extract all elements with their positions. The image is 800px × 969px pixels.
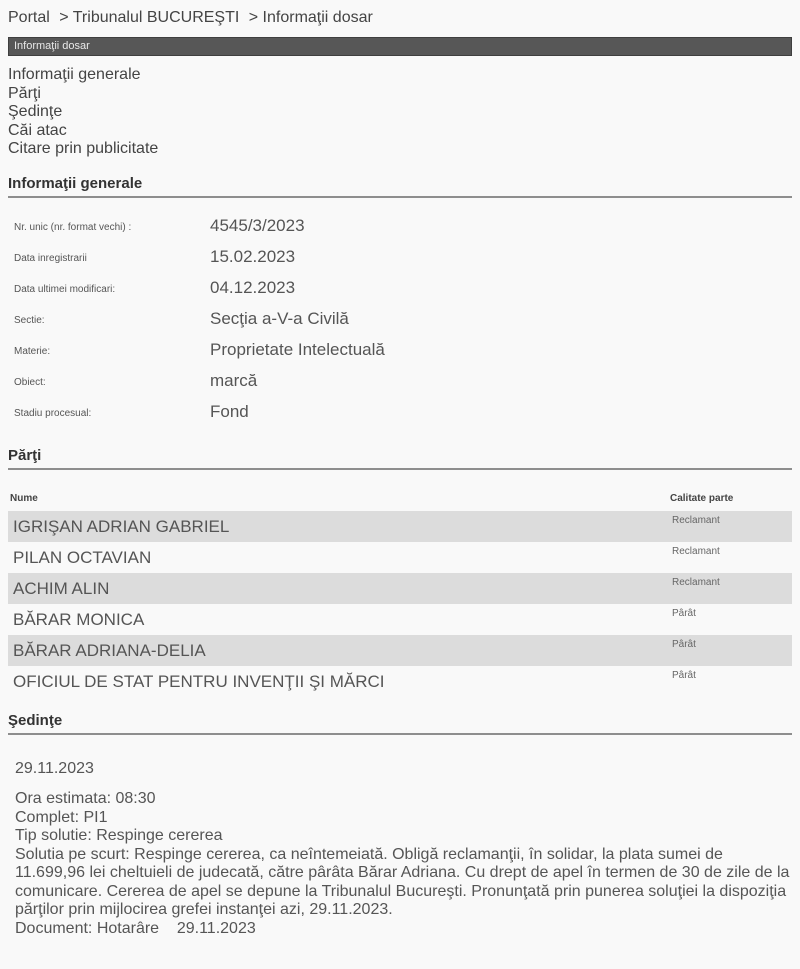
info-value: 4545/3/2023	[210, 216, 305, 236]
session-line[interactable]: Document: Hotarâre 29.11.2023	[15, 920, 795, 939]
toc-link-general[interactable]: Informaţii generale	[8, 66, 158, 85]
party-role: Reclamant	[672, 515, 720, 526]
breadcrumb-portal[interactable]: Portal	[8, 9, 50, 26]
party-name: PILAN OCTAVIAN	[13, 548, 151, 568]
info-label: Nr. unic (nr. format vechi) :	[14, 222, 131, 233]
toc-link-appeals[interactable]: Căi atac	[8, 122, 158, 141]
info-value: Fond	[210, 402, 249, 422]
info-row: Materie:Proprietate Intelectuală	[14, 346, 794, 377]
party-name: BĂRAR ADRIANA-DELIA	[13, 641, 206, 661]
info-row: Stadiu procesual:Fond	[14, 408, 794, 439]
party-role: Reclamant	[672, 577, 720, 588]
session-details: Ora estimata: 08:30Complet: PI1Tip solut…	[15, 790, 795, 938]
breadcrumb: Portal > Tribunalul BUCUREŞTI > Informaţ…	[8, 9, 378, 27]
table-row: ACHIM ALINReclamant	[8, 573, 792, 604]
party-role: Pârât	[672, 608, 696, 619]
party-role: Reclamant	[672, 546, 720, 557]
session-line: Ora estimata: 08:30	[15, 790, 795, 809]
page-title-bar: Informaţii dosar	[8, 37, 792, 56]
section-heading-general: Informaţii generale	[8, 175, 792, 198]
info-label: Data ultimei modificari:	[14, 284, 115, 295]
table-row: BĂRAR MONICAPârât	[8, 604, 792, 635]
session-line: Solutia pe scurt: Respinge cererea, ca n…	[15, 846, 795, 920]
toc-link-parties[interactable]: Părţi	[8, 85, 158, 104]
session-date: 29.11.2023	[15, 760, 94, 778]
section-navigation: Informaţii generale Părţi Şedinţe Căi at…	[8, 66, 158, 159]
info-row: Nr. unic (nr. format vechi) :4545/3/2023	[14, 222, 794, 253]
session-line: Tip solutie: Respinge cererea	[15, 827, 795, 846]
party-role: Pârât	[672, 670, 696, 681]
info-value: 15.02.2023	[210, 247, 295, 267]
party-name: BĂRAR MONICA	[13, 610, 144, 630]
info-label: Sectie:	[14, 315, 45, 326]
party-name: OFICIUL DE STAT PENTRU INVENŢII ŞI MĂRCI	[13, 672, 385, 692]
party-name: ACHIM ALIN	[13, 579, 109, 599]
toc-link-summons[interactable]: Citare prin publicitate	[8, 140, 158, 159]
info-value: Secţia a-V-a Civilă	[210, 309, 349, 329]
column-header-role: Calitate parte	[670, 493, 733, 504]
session-line: Complet: PI1	[15, 809, 795, 828]
info-label: Materie:	[14, 346, 50, 357]
breadcrumb-tribunal[interactable]: > Tribunalul BUCUREŞTI	[59, 9, 239, 26]
section-heading-parties: Părţi	[8, 447, 792, 470]
table-row: BĂRAR ADRIANA-DELIAPârât	[8, 635, 792, 666]
info-row: Data ultimei modificari:04.12.2023	[14, 284, 794, 315]
info-row: Sectie:Secţia a-V-a Civilă	[14, 315, 794, 346]
info-label: Data inregistrarii	[14, 253, 87, 264]
table-row: IGRIŞAN ADRIAN GABRIELReclamant	[8, 511, 792, 542]
toc-link-sessions[interactable]: Şedinţe	[8, 103, 158, 122]
info-value: Proprietate Intelectuală	[210, 340, 385, 360]
info-row: Data inregistrarii15.02.2023	[14, 253, 794, 284]
info-value: marcă	[210, 371, 257, 391]
party-role: Pârât	[672, 639, 696, 650]
table-row: PILAN OCTAVIANReclamant	[8, 542, 792, 573]
party-name: IGRIŞAN ADRIAN GABRIEL	[13, 517, 229, 537]
breadcrumb-current: > Informaţii dosar	[249, 9, 373, 26]
info-label: Stadiu procesual:	[14, 408, 91, 419]
info-row: Obiect:marcă	[14, 377, 794, 408]
info-label: Obiect:	[14, 377, 46, 388]
info-value: 04.12.2023	[210, 278, 295, 298]
section-heading-sessions: Şedinţe	[8, 712, 792, 735]
column-header-name: Nume	[10, 493, 38, 504]
table-row: OFICIUL DE STAT PENTRU INVENŢII ŞI MĂRCI…	[8, 666, 792, 697]
